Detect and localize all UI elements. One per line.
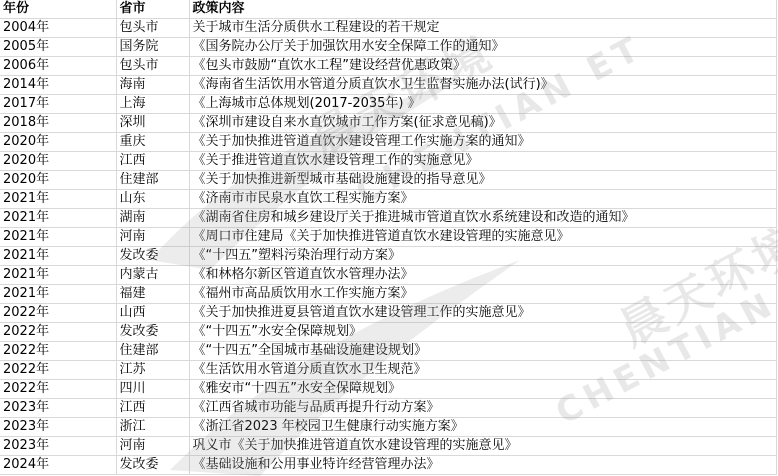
cell-region[interactable]: 上海 bbox=[116, 95, 189, 114]
table-row: 2004年 包头市 关于城市生活分质供水工程建设的若干规定 bbox=[0, 19, 776, 38]
cell-policy[interactable]: 《关于推进管道直饮水建设管理工作的实施意见》 bbox=[189, 152, 776, 171]
cell-policy[interactable]: 《“十四五”全国城市基础设施建设规划》 bbox=[189, 342, 776, 361]
table-row: 2005年 国务院 《国务院办公厅关于加强饮用水安全保障工作的通知》 bbox=[0, 38, 776, 57]
cell-year[interactable]: 2017年 bbox=[0, 95, 116, 114]
cell-region[interactable]: 包头市 bbox=[116, 19, 189, 38]
policy-table: 年份 省市 政策内容 2004年 包头市 关于城市生活分质供水工程建设的若干规定… bbox=[0, 0, 777, 475]
cell-region[interactable]: 深圳 bbox=[116, 114, 189, 133]
cell-year[interactable]: 2024年 bbox=[0, 456, 116, 475]
table-row: 2021年 河南 《周口市住建局《关于加快推进管道直饮水建设管理的实施意见》 bbox=[0, 228, 776, 247]
cell-region[interactable]: 江苏 bbox=[116, 361, 189, 380]
cell-policy[interactable]: 《关于加快推进夏县管道直饮水建设管理工作的实施意见》 bbox=[189, 304, 776, 323]
table-row: 2021年 发改委 《“十四五”塑料污染治理行动方案》 bbox=[0, 247, 776, 266]
table-row: 2021年 内蒙古 《和林格尔新区管道直饮水管理办法》 bbox=[0, 266, 776, 285]
cell-year[interactable]: 2022年 bbox=[0, 304, 116, 323]
cell-policy[interactable]: 《周口市住建局《关于加快推进管道直饮水建设管理的实施意见》 bbox=[189, 228, 776, 247]
cell-region[interactable]: 海南 bbox=[116, 76, 189, 95]
cell-policy[interactable]: 《国务院办公厅关于加强饮用水安全保障工作的通知》 bbox=[189, 38, 776, 57]
header-policy[interactable]: 政策内容 bbox=[189, 0, 776, 19]
cell-year[interactable]: 2023年 bbox=[0, 437, 116, 456]
cell-region[interactable]: 内蒙古 bbox=[116, 266, 189, 285]
cell-region[interactable]: 浙江 bbox=[116, 418, 189, 437]
cell-year[interactable]: 2020年 bbox=[0, 152, 116, 171]
table-row: 2022年 住建部 《“十四五”全国城市基础设施建设规划》 bbox=[0, 342, 776, 361]
table-row: 2006年 包头市 《包头市鼓励“直饮水工程”建设经营优惠政策》 bbox=[0, 57, 776, 76]
cell-year[interactable]: 2020年 bbox=[0, 133, 116, 152]
cell-policy[interactable]: 《福州市高品质饮用水工作实施方案》 bbox=[189, 285, 776, 304]
cell-year[interactable]: 2021年 bbox=[0, 266, 116, 285]
table-row: 2020年 重庆 《关于加快推进管道直饮水建设管理工作实施方案的通知》 bbox=[0, 133, 776, 152]
cell-region[interactable]: 住建部 bbox=[116, 171, 189, 190]
cell-policy[interactable]: 关于城市生活分质供水工程建设的若干规定 bbox=[189, 19, 776, 38]
cell-policy[interactable]: 《雅安市“十四五”水安全保障规划》 bbox=[189, 380, 776, 399]
cell-year[interactable]: 2005年 bbox=[0, 38, 116, 57]
table-row: 2014年 海南 《海南省生活饮用水管道分质直饮水卫生监督实施办法(试行)》 bbox=[0, 76, 776, 95]
cell-region[interactable]: 发改委 bbox=[116, 456, 189, 475]
table-row: 2023年 浙江 《浙江省2023 年校园卫生健康行动实施方案》 bbox=[0, 418, 776, 437]
cell-region[interactable]: 发改委 bbox=[116, 247, 189, 266]
cell-region[interactable]: 湖南 bbox=[116, 209, 189, 228]
table-row: 2021年 湖南 《湖南省住房和城乡建设厅关于推进城市管道直饮水系统建设和改造的… bbox=[0, 209, 776, 228]
cell-region[interactable]: 重庆 bbox=[116, 133, 189, 152]
cell-policy[interactable]: 《关于加快推进新型城市基础设施建设的指导意见》 bbox=[189, 171, 776, 190]
spreadsheet: 年份 省市 政策内容 2004年 包头市 关于城市生活分质供水工程建设的若干规定… bbox=[0, 0, 777, 475]
cell-year[interactable]: 2022年 bbox=[0, 380, 116, 399]
table-row: 2023年 河南 巩义市《关于加快推进管道直饮水建设管理的实施意见》 bbox=[0, 437, 776, 456]
cell-year[interactable]: 2021年 bbox=[0, 285, 116, 304]
cell-policy[interactable]: 《深圳市建设自来水直饮城市工作方案(征求意见稿)》 bbox=[189, 114, 776, 133]
cell-year[interactable]: 2023年 bbox=[0, 418, 116, 437]
table-row: 2022年 发改委 《“十四五”水安全保障规划》 bbox=[0, 323, 776, 342]
cell-region[interactable]: 山东 bbox=[116, 190, 189, 209]
cell-year[interactable]: 2023年 bbox=[0, 399, 116, 418]
table-row: 2022年 山西 《关于加快推进夏县管道直饮水建设管理工作的实施意见》 bbox=[0, 304, 776, 323]
table-row: 2018年 深圳 《深圳市建设自来水直饮城市工作方案(征求意见稿)》 bbox=[0, 114, 776, 133]
cell-policy[interactable]: 《基础设施和公用事业特许经营管理办法》 bbox=[189, 456, 776, 475]
cell-policy[interactable]: 《和林格尔新区管道直饮水管理办法》 bbox=[189, 266, 776, 285]
cell-year[interactable]: 2022年 bbox=[0, 323, 116, 342]
cell-policy[interactable]: 《生活饮用水管道分质直饮水卫生规范》 bbox=[189, 361, 776, 380]
cell-policy[interactable]: 《包头市鼓励“直饮水工程”建设经营优惠政策》 bbox=[189, 57, 776, 76]
cell-year[interactable]: 2006年 bbox=[0, 57, 116, 76]
cell-policy[interactable]: 《“十四五”塑料污染治理行动方案》 bbox=[189, 247, 776, 266]
cell-region[interactable]: 河南 bbox=[116, 228, 189, 247]
cell-region[interactable]: 四川 bbox=[116, 380, 189, 399]
cell-region[interactable]: 山西 bbox=[116, 304, 189, 323]
table-row: 2020年 住建部 《关于加快推进新型城市基础设施建设的指导意见》 bbox=[0, 171, 776, 190]
cell-policy[interactable]: 《上海城市总体规划(2017-2035年) 》 bbox=[189, 95, 776, 114]
table-row: 2022年 四川 《雅安市“十四五”水安全保障规划》 bbox=[0, 380, 776, 399]
cell-year[interactable]: 2018年 bbox=[0, 114, 116, 133]
header-row: 年份 省市 政策内容 bbox=[0, 0, 776, 19]
table-row: 2024年 发改委 《基础设施和公用事业特许经营管理办法》 bbox=[0, 456, 776, 475]
cell-policy[interactable]: 《济南市市民泉水直饮工程实施方案》 bbox=[189, 190, 776, 209]
cell-policy[interactable]: 《浙江省2023 年校园卫生健康行动实施方案》 bbox=[189, 418, 776, 437]
cell-region[interactable]: 发改委 bbox=[116, 323, 189, 342]
cell-region[interactable]: 住建部 bbox=[116, 342, 189, 361]
table-row: 2017年 上海 《上海城市总体规划(2017-2035年) 》 bbox=[0, 95, 776, 114]
table-row: 2023年 江西 《江西省城市功能与品质再提升行动方案》 bbox=[0, 399, 776, 418]
cell-year[interactable]: 2021年 bbox=[0, 190, 116, 209]
cell-policy[interactable]: 《湖南省住房和城乡建设厅关于推进城市管道直饮水系统建设和改造的通知》 bbox=[189, 209, 776, 228]
cell-year[interactable]: 2020年 bbox=[0, 171, 116, 190]
cell-year[interactable]: 2004年 bbox=[0, 19, 116, 38]
cell-region[interactable]: 江西 bbox=[116, 399, 189, 418]
cell-region[interactable]: 包头市 bbox=[116, 57, 189, 76]
cell-region[interactable]: 福建 bbox=[116, 285, 189, 304]
cell-year[interactable]: 2022年 bbox=[0, 361, 116, 380]
header-region[interactable]: 省市 bbox=[116, 0, 189, 19]
cell-policy[interactable]: 《关于加快推进管道直饮水建设管理工作实施方案的通知》 bbox=[189, 133, 776, 152]
cell-region[interactable]: 江西 bbox=[116, 152, 189, 171]
cell-policy[interactable]: 《“十四五”水安全保障规划》 bbox=[189, 323, 776, 342]
header-year[interactable]: 年份 bbox=[0, 0, 116, 19]
cell-policy[interactable]: 《海南省生活饮用水管道分质直饮水卫生监督实施办法(试行)》 bbox=[189, 76, 776, 95]
cell-year[interactable]: 2021年 bbox=[0, 209, 116, 228]
cell-region[interactable]: 国务院 bbox=[116, 38, 189, 57]
cell-year[interactable]: 2021年 bbox=[0, 228, 116, 247]
table-row: 2021年 山东 《济南市市民泉水直饮工程实施方案》 bbox=[0, 190, 776, 209]
cell-year[interactable]: 2021年 bbox=[0, 247, 116, 266]
cell-year[interactable]: 2014年 bbox=[0, 76, 116, 95]
cell-policy[interactable]: 巩义市《关于加快推进管道直饮水建设管理的实施意见》 bbox=[189, 437, 776, 456]
cell-policy[interactable]: 《江西省城市功能与品质再提升行动方案》 bbox=[189, 399, 776, 418]
cell-year[interactable]: 2022年 bbox=[0, 342, 116, 361]
table-row: 2022年 江苏 《生活饮用水管道分质直饮水卫生规范》 bbox=[0, 361, 776, 380]
cell-region[interactable]: 河南 bbox=[116, 437, 189, 456]
table-row: 2021年 福建 《福州市高品质饮用水工作实施方案》 bbox=[0, 285, 776, 304]
table-row: 2020年 江西 《关于推进管道直饮水建设管理工作的实施意见》 bbox=[0, 152, 776, 171]
